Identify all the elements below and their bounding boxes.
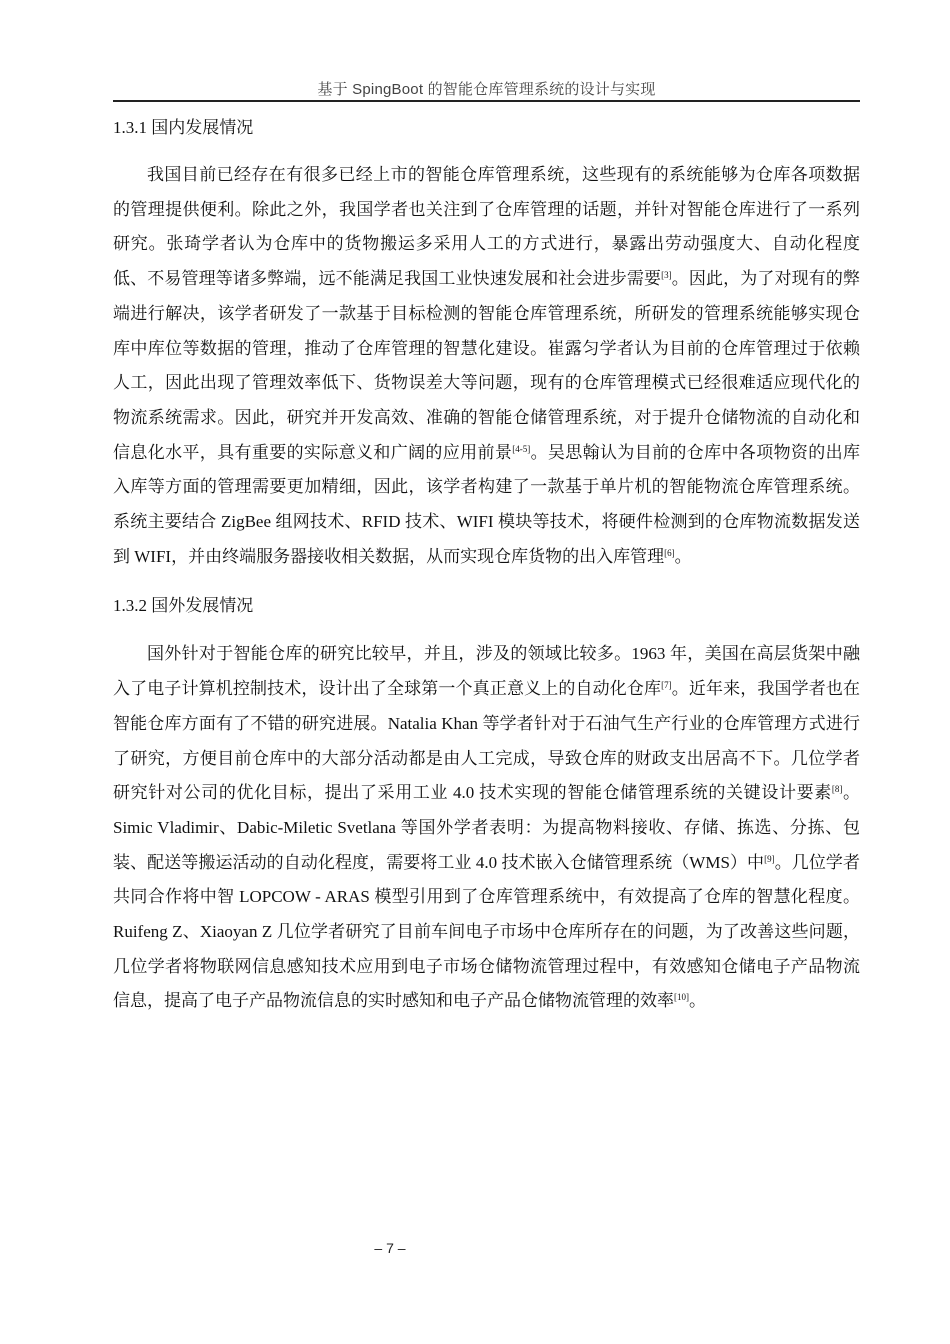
section-heading-international: 1.3.2 国外发展情况 bbox=[113, 592, 860, 620]
paragraph-text: 。几位学者共同合作将中智 LOPCOW - ARAS 模型引用到了仓库管理系统中… bbox=[113, 853, 860, 1011]
paragraph-text: 。因此，为了对现有的弊端进行解决，该学者研发了一款基于目标检测的智能仓库管理系统… bbox=[113, 269, 860, 462]
citation-7: [7] bbox=[661, 680, 672, 690]
header-divider bbox=[113, 100, 860, 102]
paragraph-text: 。 bbox=[689, 991, 706, 1010]
citation-8: [8] bbox=[832, 784, 843, 794]
paragraph-domestic: 我国目前已经存在有很多已经上市的智能仓库管理系统，这些现有的系统能够为仓库各项数… bbox=[113, 158, 860, 574]
paragraph-international: 国外针对于智能仓库的研究比较早，并且，涉及的领域比较多。1963 年，美国在高层… bbox=[113, 637, 860, 1019]
running-header-title: 基于 SpingBoot 的智能仓库管理系统的设计与实现 bbox=[113, 78, 860, 99]
section-heading-domestic: 1.3.1 国内发展情况 bbox=[113, 114, 860, 142]
citation-9: [9] bbox=[764, 854, 775, 864]
paragraph-text: 。 bbox=[675, 547, 692, 566]
page-number: – 7 – bbox=[340, 1240, 440, 1256]
page-body: 1.3.1 国内发展情况 我国目前已经存在有很多已经上市的智能仓库管理系统，这些… bbox=[113, 114, 860, 1019]
citation-6: [6] bbox=[664, 548, 675, 558]
citation-4-5: [4-5] bbox=[512, 444, 530, 454]
citation-10: [10] bbox=[674, 992, 689, 1002]
citation-3: [3] bbox=[661, 270, 672, 280]
